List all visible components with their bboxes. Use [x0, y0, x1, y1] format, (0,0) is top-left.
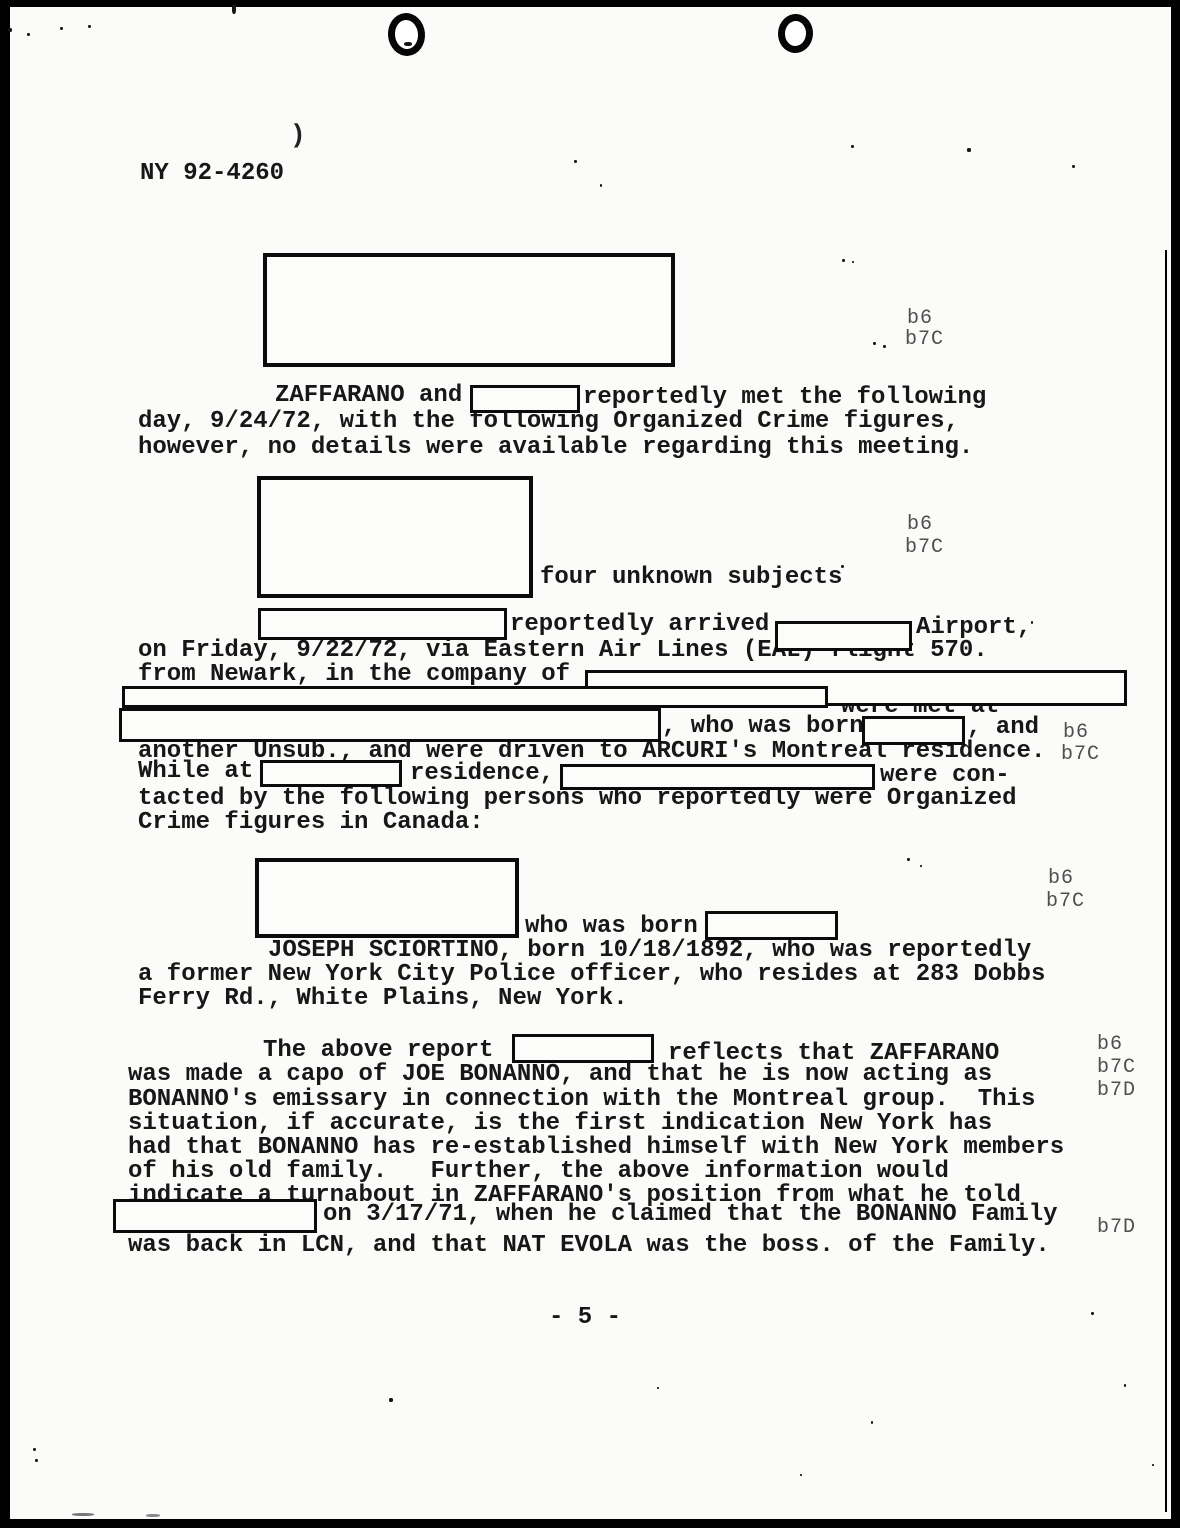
exemption-code: b7D	[1097, 1080, 1136, 1102]
scan-speck	[842, 259, 845, 262]
scan-speck	[60, 27, 63, 30]
scan-speck	[852, 261, 854, 263]
scan-speck	[232, 4, 236, 14]
scan-speck	[600, 184, 602, 187]
scan-speck	[404, 42, 412, 46]
page-number: - 5 -	[549, 1305, 621, 1331]
scan-edge	[0, 1519, 1180, 1528]
text-line: was back in LCN, and that NAT EVOLA was …	[128, 1233, 1050, 1259]
scan-edge	[0, 0, 10, 1528]
text-line: Ferry Rd., White Plains, New York.	[138, 986, 628, 1012]
redaction-box	[119, 708, 661, 742]
scan-edge	[1165, 250, 1167, 1512]
text-line: While at	[138, 759, 253, 785]
scan-speck	[907, 858, 910, 861]
scan-speck	[88, 25, 91, 28]
redaction-box	[705, 911, 838, 940]
text-line: residence,	[410, 761, 554, 787]
text-line: on 3/17/71, when he claimed that the BON…	[323, 1202, 1058, 1228]
scan-speck	[1152, 1464, 1154, 1466]
redaction-box	[257, 476, 533, 598]
scan-speck	[1031, 621, 1033, 624]
scan-mark: )	[290, 120, 306, 150]
case-number: NY 92-4260	[140, 161, 284, 187]
redaction-box	[862, 716, 965, 745]
scan-speck	[33, 1448, 36, 1451]
text-line: from Newark, in the company of	[138, 662, 570, 688]
scan-speck	[8, 28, 12, 32]
text-line: four unknown subjects	[540, 565, 842, 591]
scan-edge	[0, 0, 1180, 7]
exemption-code: b7C	[905, 537, 944, 559]
redaction-box	[258, 608, 507, 640]
scan-speck	[920, 865, 922, 867]
scan-speck	[871, 1421, 873, 1424]
exemption-code: b6	[1048, 868, 1074, 890]
scan-speck	[841, 565, 844, 568]
exemption-code: b7C	[1046, 891, 1085, 913]
scan-speck	[1124, 1384, 1126, 1387]
redaction-box	[775, 621, 912, 651]
text-line: was made a capo of JOE BONANNO, and that…	[128, 1062, 992, 1088]
redaction-box	[263, 253, 675, 367]
exemption-code: b6	[907, 514, 933, 536]
scan-speck	[72, 1513, 94, 1516]
redaction-box	[260, 760, 402, 787]
redaction-box	[255, 858, 519, 938]
scan-speck	[146, 1514, 160, 1517]
text-line: reportedly arrived	[510, 612, 769, 638]
scan-speck	[1072, 165, 1075, 168]
redaction-box	[122, 686, 828, 708]
text-line: Crime figures in Canada:	[138, 810, 484, 836]
text-line: however, no details were available regar…	[138, 435, 973, 461]
scan-speck	[35, 1459, 38, 1462]
scan-edge	[1171, 0, 1180, 1528]
text-line: ZAFFARANO and	[275, 383, 462, 409]
scan-speck	[967, 148, 971, 152]
redaction-box	[470, 385, 580, 413]
exemption-code: b6	[907, 308, 933, 330]
scan-speck	[883, 345, 886, 348]
redaction-box	[560, 764, 875, 790]
exemption-code: b7C	[905, 329, 944, 351]
scan-speck	[800, 1474, 802, 1476]
redaction-box	[512, 1034, 654, 1063]
scan-speck	[657, 1387, 659, 1389]
hole-punch-icon	[777, 13, 815, 54]
scan-edge	[0, 1500, 5, 1522]
scan-speck	[27, 33, 30, 36]
exemption-code: b6	[1097, 1034, 1123, 1056]
exemption-code: b7D	[1097, 1217, 1136, 1239]
scan-speck	[873, 342, 876, 345]
scan-speck	[389, 1398, 393, 1402]
exemption-code: b7C	[1061, 744, 1100, 766]
scan-speck	[851, 145, 854, 148]
scan-speck	[574, 160, 577, 163]
scanned-document-page: NY 92-4260 ZAFFARANO andreportedly met t…	[0, 0, 1180, 1528]
exemption-code: b6	[1063, 722, 1089, 744]
redaction-box	[113, 1199, 317, 1233]
text-line: , who was born	[662, 714, 864, 740]
scan-speck	[1091, 1312, 1094, 1315]
exemption-code: b7C	[1097, 1057, 1136, 1079]
hole-punch-icon	[386, 11, 427, 57]
